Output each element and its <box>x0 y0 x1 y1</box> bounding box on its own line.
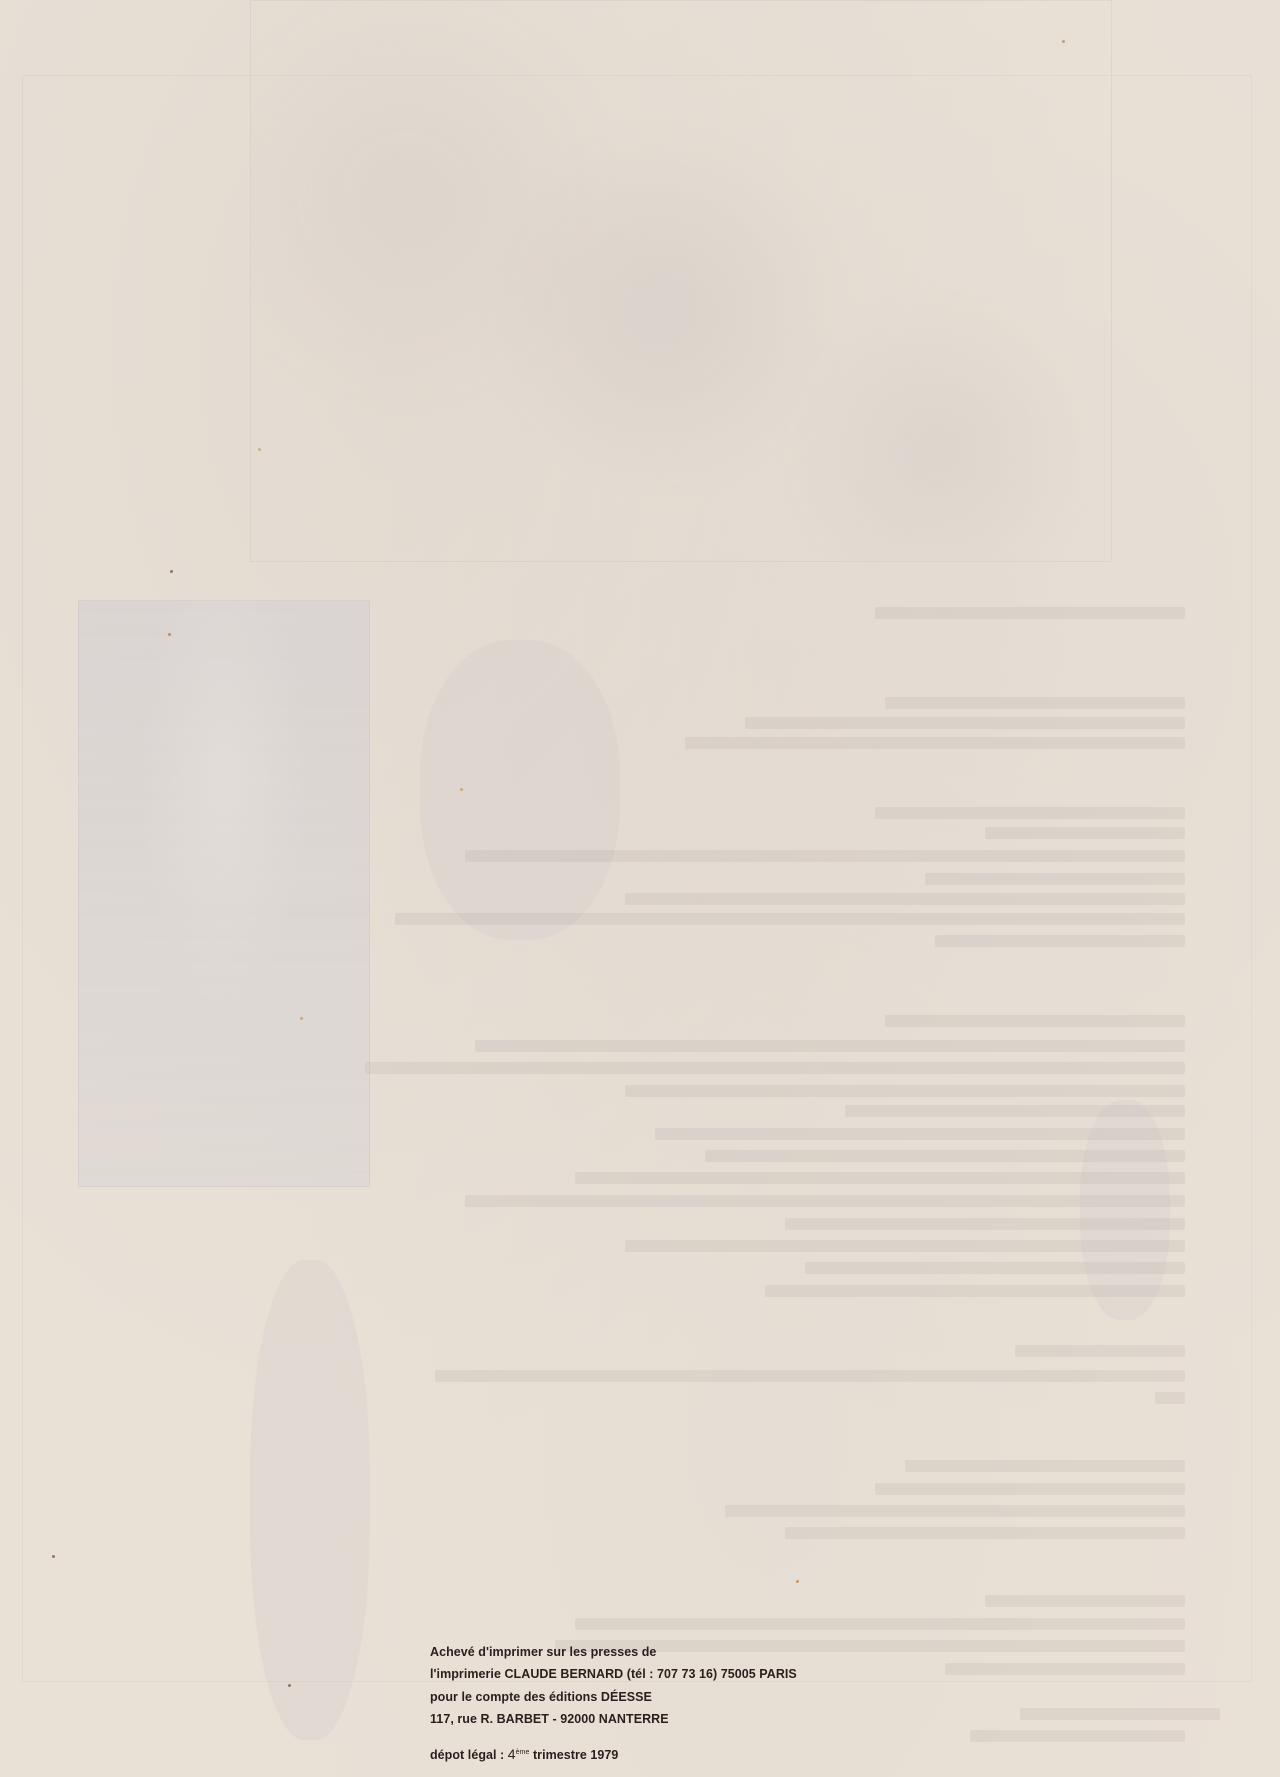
colophon-line-publisher: pour le compte des éditions DÉESSE <box>430 1686 797 1708</box>
spacer <box>430 1730 797 1742</box>
legal-deposit: dépot légal : 4ème trimestre 1979 <box>430 1742 797 1766</box>
show-through-figure <box>420 640 620 940</box>
legal-deposit-label: dépot légal : <box>430 1748 504 1762</box>
colophon-line-address: 117, rue R. BARBET - 92000 NANTERRE <box>430 1708 797 1730</box>
colophon-line-printer: l'imprimerie CLAUDE BERNARD (tél : 707 7… <box>430 1663 797 1685</box>
legal-deposit-period: trimestre 1979 <box>533 1748 618 1762</box>
show-through-figure <box>250 1260 370 1740</box>
colophon-printer-imprint: Achevé d'imprimer sur les presses de l'i… <box>430 1641 797 1766</box>
show-through-illustration-panel <box>78 600 370 1187</box>
show-through-illustration-top <box>250 0 1112 562</box>
legal-deposit-quarter: 4 <box>508 1746 516 1762</box>
colophon-line-printed: Achevé d'imprimer sur les presses de <box>430 1641 797 1663</box>
legal-deposit-ordinal: ème <box>516 1749 530 1756</box>
